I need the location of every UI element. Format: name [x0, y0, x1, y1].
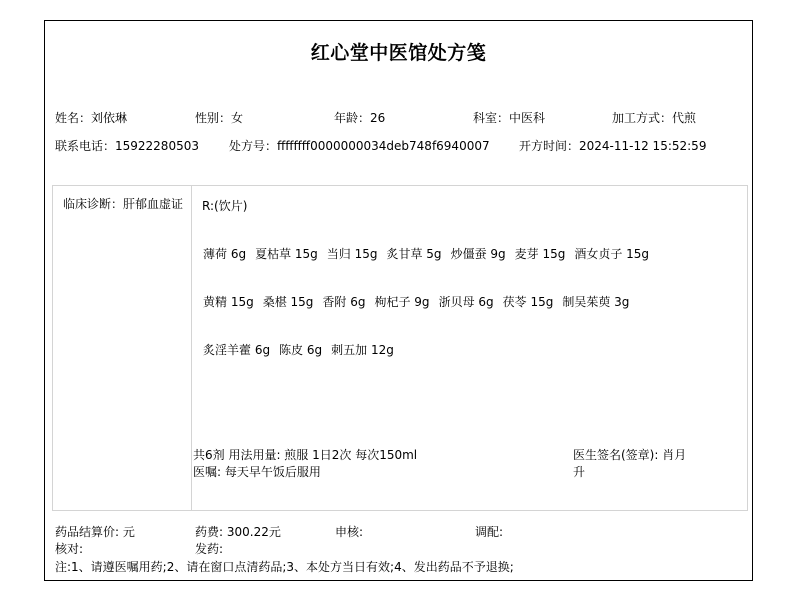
herb-item: 夏枯草 15g	[255, 247, 318, 261]
herb-item: 酒女贞子 15g	[574, 247, 649, 261]
patient-age: 年龄：26	[334, 109, 385, 126]
dispense-field: 调配:	[475, 523, 503, 540]
prescription-sheet: 红心堂中医馆处方笺 姓名：刘依琳 性别：女 年龄：26 科室：中医科 加工方式：…	[44, 20, 753, 581]
patient-info-row-2: 联系电话：15922280503 处方号：ffffffff0000000034d…	[55, 137, 742, 155]
usage-block: 共6剂 用法用量: 煎服 1日2次 每次150ml 医嘱: 每天早午饭后服用	[193, 447, 417, 481]
herb-item: 薄荷 6g	[203, 247, 246, 261]
notes-text: 注:1、请遵医嘱用药;2、请在窗口点清药品;3、本处方当日有效;4、发出药品不予…	[55, 558, 514, 575]
herb-item: 浙贝母 6g	[439, 295, 494, 309]
check-field: 核对:	[55, 540, 83, 557]
dosage-usage: 共6剂 用法用量: 煎服 1日2次 每次150ml	[193, 447, 417, 464]
herb-line-3: 炙淫羊藿 6g陈皮 6g刺五加 12g	[203, 341, 403, 358]
prescription-table: 临床诊断：肝郁血虚证 R:(饮片) 薄荷 6g夏枯草 15g当归 15g炙甘草 …	[52, 185, 748, 511]
doctor-signature: 医生签名(签章): 肖月升	[573, 447, 698, 481]
diagnosis-cell: 临床诊断：肝郁血虚证	[53, 186, 192, 510]
patient-phone: 联系电话：15922280503	[55, 137, 199, 154]
footer-row-2: 核对: 发药:	[55, 540, 742, 557]
herb-item: 茯苓 15g	[503, 295, 554, 309]
herb-item: 炒僵蚕 9g	[451, 247, 506, 261]
herb-item: 陈皮 6g	[279, 343, 322, 357]
herb-item: 桑椹 15g	[263, 295, 314, 309]
prescription-cell: R:(饮片) 薄荷 6g夏枯草 15g当归 15g炙甘草 5g炒僵蚕 9g麦芽 …	[193, 186, 747, 510]
drug-fee: 药费: 300.22元	[195, 523, 281, 540]
clinical-diagnosis: 临床诊断：肝郁血虚证	[63, 196, 183, 213]
herb-item: 刺五加 12g	[331, 343, 394, 357]
footer-notes: 注:1、请遵医嘱用药;2、请在窗口点清药品;3、本处方当日有效;4、发出药品不予…	[55, 558, 742, 575]
prescription-time: 开方时间：2024-11-12 15:52:59	[519, 137, 706, 154]
issue-field: 发药:	[195, 540, 223, 557]
herb-line-1: 薄荷 6g夏枯草 15g当归 15g炙甘草 5g炒僵蚕 9g麦芽 15g酒女贞子…	[203, 245, 658, 262]
settlement-price: 药品结算价: 元	[55, 523, 135, 540]
prescription-number: 处方号：ffffffff0000000034deb748f6940007	[229, 137, 490, 154]
herb-item: 麦芽 15g	[515, 247, 566, 261]
herb-line-2: 黄精 15g桑椹 15g香附 6g枸杞子 9g浙贝母 6g茯苓 15g制吴茱萸 …	[203, 293, 638, 310]
footer-row-1: 药品结算价: 元 药费: 300.22元 申核: 调配:	[55, 523, 742, 540]
doctor-advice: 医嘱: 每天早午饭后服用	[193, 464, 417, 481]
herb-item: 黄精 15g	[203, 295, 254, 309]
herb-item: 制吴茱萸 3g	[562, 295, 629, 309]
review-field: 申核:	[335, 523, 363, 540]
herb-item: 香附 6g	[322, 295, 365, 309]
herb-item: 炙淫羊藿 6g	[203, 343, 270, 357]
department: 科室：中医科	[473, 109, 545, 126]
rx-label: R:(饮片)	[202, 197, 247, 214]
processing-method: 加工方式：代煎	[612, 109, 696, 126]
herb-item: 当归 15g	[327, 247, 378, 261]
herb-item: 炙甘草 5g	[386, 247, 441, 261]
patient-gender: 性别：女	[195, 109, 243, 126]
page-title: 红心堂中医馆处方笺	[45, 38, 752, 65]
patient-info-row-1: 姓名：刘依琳 性别：女 年龄：26 科室：中医科 加工方式：代煎	[55, 109, 742, 127]
herb-item: 枸杞子 9g	[374, 295, 429, 309]
patient-name: 姓名：刘依琳	[55, 109, 127, 126]
